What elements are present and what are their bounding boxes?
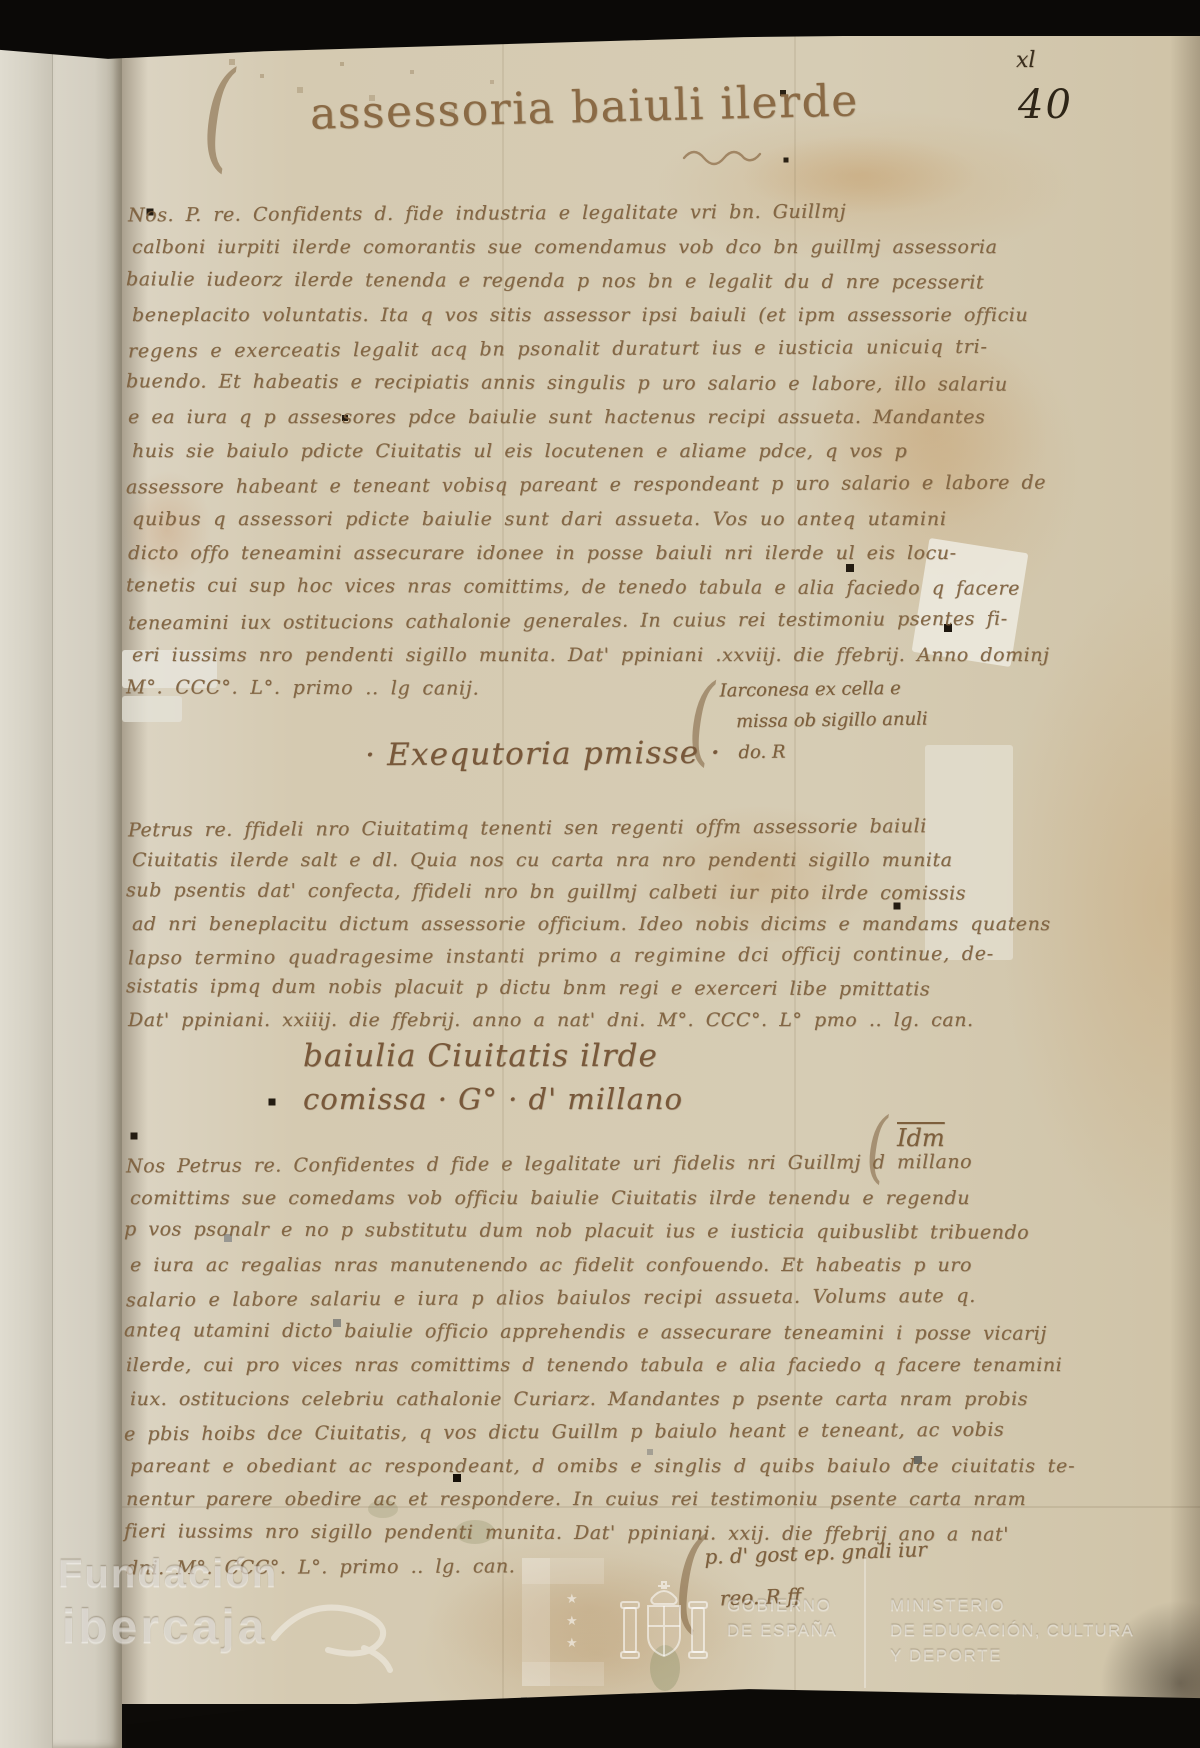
folio-number: 40 [1018,82,1073,128]
manuscript-line: Petrus re. ffideli nro Ciuitatimq tenent… [128,810,1023,847]
manuscript-line: calboni iurpiti ilerde comorantis sue co… [132,230,1023,264]
manuscript-line: comittims sue comedams vob officiu baiul… [130,1182,1026,1216]
star-icon [566,1636,578,1651]
signature-line: p. d' gost ep. gnali iur [704,1528,928,1578]
entry3-heading-line2: comissa · G° · d' millano [303,1082,683,1116]
paraph-icon [202,56,235,174]
manuscript-line: lapso termino quadragesime instanti prim… [128,938,1023,975]
manuscript-line: sistatis ipmq dum nobis placuit p dictu … [126,970,1023,1005]
ministry-watermark-line3: Y DEPORTE [890,1646,1002,1666]
entry2-heading: · Exequtoria pmisse · [365,735,722,773]
ministry-watermark-line1: MINISTERIO [890,1596,1005,1616]
manuscript-line: tenetis cui sup hoc vices nras comittims… [126,568,1023,605]
ibercaja-watermark-line2: ibercaja [62,1600,267,1655]
watermark-shape [522,1662,604,1686]
manuscript-line: teneamini iux ostitucions cathalonie gen… [128,602,1023,641]
manuscript-line: quibus q assessori pdicte baiulie sunt d… [132,502,1023,536]
folio-mark: xl [1016,48,1035,73]
ibercaja-watermark-line1: Fundación [58,1552,278,1597]
manuscript-line: e pbis hoibs dce Ciuitatis, q vos dictu … [124,1414,1026,1452]
ministry-watermark-line2: DE EDUCACIÓN, CULTURA [890,1621,1134,1641]
manuscript-line: salario e labore salariu e iura p alios … [126,1280,1026,1318]
manuscript-line: Nos Petrus re. Confidentes d fide e lega… [126,1146,1026,1184]
swash-icon [268,1578,398,1678]
manuscript-line: anteq utamini dicto baiulie officio appr… [124,1314,1026,1351]
manuscript-line: assessore habeant e teneant vobisq parea… [126,466,1023,505]
manuscript-line: sub psentis dat' confecta, ffideli nro b… [126,874,1023,909]
entry3-heading-line1: baiulia Ciuitatis ilrde [303,1038,658,1074]
manuscript-line: Nos. P. re. Confidents d. fide industria… [128,194,1023,233]
manuscript-scan: xl 40 assessoria baiuli ilerde Nos. P. r… [0,0,1200,1748]
government-watermark-line1: GOBIERNO [727,1596,831,1616]
manuscript-line: nentur parere obedire ac et respondere. … [126,1483,1026,1517]
margin-note-line: missa ob sigillo anuli [736,704,928,738]
manuscript-line: pareant e obediant ac respondeant, d omi… [130,1450,1026,1484]
entry2-text: Petrus re. ffideli nro Ciuitatimq tenent… [128,812,1023,1036]
manuscript-line: Dat' ppiniani. xxiiij. die ffebrij. anno… [128,1004,1023,1036]
page-corner-shadow [1100,1600,1200,1704]
page-title: assessoria baiuli ilerde [309,75,859,139]
star-icon [566,1592,578,1607]
watermark-divider [864,1556,866,1688]
entry3-text: Nos Petrus re. Confidentes d fide e lega… [126,1148,1026,1584]
manuscript-line: baiulie iudeorz ilerde tenenda e regenda… [126,262,1023,299]
book-page-edges [0,42,53,1748]
manuscript-line: Ciuitatis ilerde salt e dl. Quia nos cu … [132,844,1023,876]
manuscript-line: ad nri beneplacitu dictum assessorie off… [132,908,1023,940]
coat-of-arms-icon [618,1570,710,1670]
manuscript-line: iux. ostitucions celebriu cathalonie Cur… [130,1383,1026,1417]
book-gutter-edge [53,46,122,1748]
manuscript-line: regens e exerceatis legalit acq bn psona… [128,330,1023,369]
manuscript-line: beneplacito voluntatis. Ita q vos sitis … [132,298,1023,332]
margin-note-line: do. R [738,735,928,769]
stars-column-watermark [522,1558,604,1686]
government-watermark-line2: DE ESPAÑA [727,1621,837,1641]
manuscript-line: eri iussims nro pendenti sigillo munita.… [132,638,1023,672]
manuscript-line: e ea iura q p assessores pdce baiulie su… [128,400,1023,434]
manuscript-line: dicto offo teneamini assecurare idonee i… [128,536,1023,570]
flourish-icon [682,144,762,170]
parchment-page: xl 40 assessoria baiuli ilerde Nos. P. r… [122,36,1200,1704]
manuscript-line: e iura ac regalias nras manutenendo ac f… [130,1249,1026,1283]
manuscript-line: buendo. Et habeatis e recipiatis annis s… [126,364,1023,401]
entry1-text: Nos. P. re. Confidents d. fide industria… [128,196,1023,706]
margin-note-line: Iarconesa ex cella e [719,673,927,707]
margin-note-registration: Iarconesa ex cella emissa ob sigillo anu… [719,673,928,769]
manuscript-line: p vos psonalr e no p substitutu dum nob … [124,1213,1026,1250]
manuscript-line: huis sie baiulo pdicte Ciuitatis ul eis … [132,434,1023,468]
star-icon [566,1614,578,1629]
manuscript-line: ilerde, cui pro vices nras comittims d t… [126,1349,1026,1383]
